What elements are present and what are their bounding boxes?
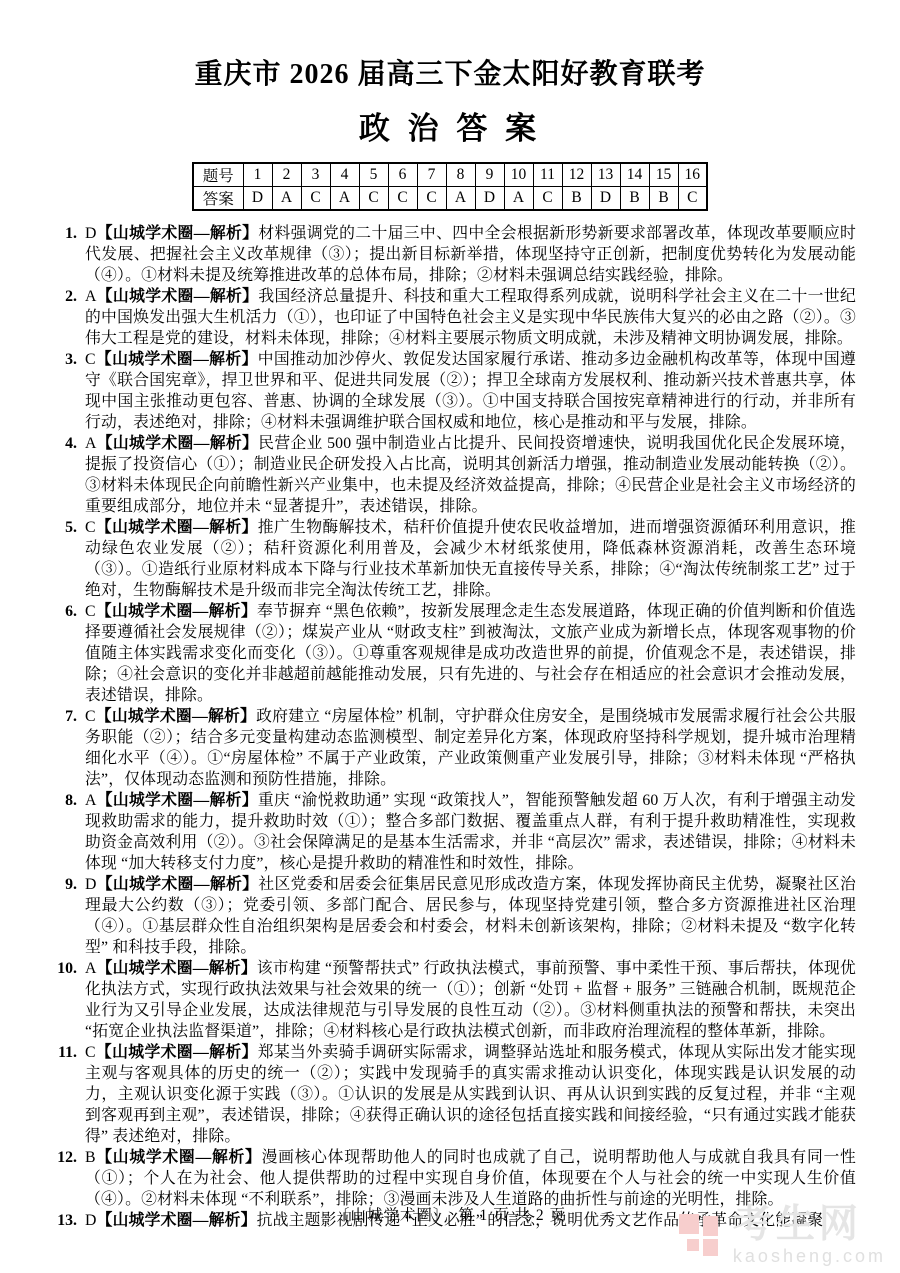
answer-sheet-page: 重庆市 2026 届高三下金太阳好教育联考 政 治 答 案 题号 1 2 3 4… xyxy=(0,0,900,1273)
item-source-tag: 【山城学术圈—解析】 xyxy=(97,288,259,305)
answer-cell: C xyxy=(301,187,330,211)
question-number-cell: 1 xyxy=(243,163,272,187)
explanation-item: 4.A【山城学术圈—解析】民营企业 500 强中制造业占比提升、民间投资增速快，… xyxy=(51,433,856,517)
item-answer: A xyxy=(85,435,97,452)
answer-cell: D xyxy=(591,187,620,211)
question-number-cell: 12 xyxy=(562,163,591,187)
row-label-answers: 答案 xyxy=(193,187,243,211)
answer-cell: C xyxy=(533,187,562,211)
explanation-item: 9.D【山城学术圈—解析】社区党委和居委会征集居民意见形成改造方案，体现发挥协商… xyxy=(51,874,856,958)
question-number-cell: 5 xyxy=(359,163,388,187)
watermark-site-domain: kaosheng.com xyxy=(733,1246,886,1266)
answer-cell: A xyxy=(330,187,359,211)
item-number: 10. xyxy=(51,958,77,979)
explanation-item: 11.C【山城学术圈—解析】郑某当外卖骑手调研实际需求，调整驿站选址和服务模式，… xyxy=(51,1042,856,1147)
answer-cell: B xyxy=(649,187,678,211)
question-number-row: 题号 1 2 3 4 5 6 7 8 9 10 11 12 13 14 15 1… xyxy=(193,163,707,187)
kaosheng-logo-icon xyxy=(679,1208,721,1258)
item-source-tag: 【山城学术圈—解析】 xyxy=(97,435,259,452)
item-source-tag: 【山城学术圈—解析】 xyxy=(97,876,259,893)
answer-cell: B xyxy=(562,187,591,211)
item-source-tag: 【山城学术圈—解析】 xyxy=(96,603,257,620)
explanation-item: 12.B【山城学术圈—解析】漫画核心体现帮助他人的同时也成就了自己，说明帮助他人… xyxy=(51,1147,856,1210)
question-number-cell: 2 xyxy=(272,163,301,187)
logo-block xyxy=(703,1216,718,1236)
question-number-cell: 13 xyxy=(591,163,620,187)
explanation-item: 5.C【山城学术圈—解析】推广生物酶解技术，秸秆价值提升使农民收益增加，进而增强… xyxy=(51,517,856,601)
question-number-cell: 15 xyxy=(649,163,678,187)
item-answer: D xyxy=(85,225,97,242)
item-source-tag: 【山城学术圈—解析】 xyxy=(96,708,256,725)
item-answer: C xyxy=(85,1044,96,1061)
item-number: 4. xyxy=(51,433,77,454)
question-number-cell: 9 xyxy=(475,163,504,187)
item-number: 6. xyxy=(51,601,77,622)
explanation-item: 1.D【山城学术圈—解析】材料强调党的二十届三中、四中全会根据新形势新要求部署改… xyxy=(51,223,856,286)
question-number-cell: 8 xyxy=(446,163,475,187)
kaosheng-watermark: 考生网 kaosheng.com xyxy=(679,1204,886,1266)
question-number-cell: 3 xyxy=(301,163,330,187)
answer-cell: C xyxy=(678,187,707,211)
question-number-cell: 11 xyxy=(533,163,562,187)
question-number-cell: 7 xyxy=(417,163,446,187)
question-number-cell: 14 xyxy=(620,163,649,187)
answer-cell: A xyxy=(504,187,533,211)
item-number: 11. xyxy=(51,1042,77,1063)
watermark-site-name: 考生网 xyxy=(733,1204,886,1246)
explanation-item: 7.C【山城学术圈—解析】政府建立 “房屋体检” 机制，守护群众住房安全，是围绕… xyxy=(51,706,856,790)
item-answer: C xyxy=(85,351,96,368)
explanation-item: 2.A【山城学术圈—解析】我国经济总量提升、科技和重大工程取得系列成就，说明科学… xyxy=(51,286,856,349)
item-answer: A xyxy=(85,960,97,977)
item-answer: A xyxy=(85,792,97,809)
answer-cell: C xyxy=(388,187,417,211)
item-number: 1. xyxy=(51,223,77,244)
question-number-cell: 10 xyxy=(504,163,533,187)
answer-cell: A xyxy=(272,187,301,211)
item-source-tag: 【山城学术圈—解析】 xyxy=(96,1044,258,1061)
question-number-cell: 16 xyxy=(678,163,707,187)
item-number: 8. xyxy=(51,790,77,811)
explanation-item: 10.A【山城学术圈—解析】该市构建 “预警帮扶式” 行政执法模式，事前预警、事… xyxy=(51,958,856,1042)
item-number: 12. xyxy=(51,1147,77,1168)
item-number: 5. xyxy=(51,517,77,538)
answer-cell: C xyxy=(417,187,446,211)
item-answer: A xyxy=(85,288,97,305)
answer-cell: D xyxy=(475,187,504,211)
explanation-item: 6.C【山城学术圈—解析】奉节摒弃 “黑色依赖”，按新发展理念走生态发展道路，体… xyxy=(51,601,856,706)
item-source-tag: 【山城学术圈—解析】 xyxy=(96,351,258,368)
item-answer: B xyxy=(85,1149,96,1166)
logo-block xyxy=(703,1239,718,1256)
page-title: 重庆市 2026 届高三下金太阳好教育联考 xyxy=(0,0,900,92)
question-number-cell: 4 xyxy=(330,163,359,187)
explanation-item: 3.C【山城学术圈—解析】中国推动加沙停火、敦促发达国家履行承诺、推动多边金融机… xyxy=(51,349,856,433)
item-answer: C xyxy=(85,708,96,725)
item-answer: C xyxy=(85,603,96,620)
item-number: 7. xyxy=(51,706,77,727)
item-source-tag: 【山城学术圈—解析】 xyxy=(97,960,257,977)
explanation-item: 8.A【山城学术圈—解析】重庆 “渝悦救助通” 实现 “政策找人”，智能预警触发… xyxy=(51,790,856,874)
subject-title: 政 治 答 案 xyxy=(0,103,900,148)
watermark-text: 考生网 kaosheng.com xyxy=(733,1204,886,1266)
answer-cell: A xyxy=(446,187,475,211)
item-answer: C xyxy=(85,519,96,536)
question-number-cell: 6 xyxy=(388,163,417,187)
answer-cell: D xyxy=(243,187,272,211)
item-source-tag: 【山城学术圈—解析】 xyxy=(96,519,258,536)
answer-row: 答案 D A C A C C C A D A C B D B B C xyxy=(193,187,707,211)
item-source-tag: 【山城学术圈—解析】 xyxy=(96,1149,262,1166)
explanation-list: 1.D【山城学术圈—解析】材料强调党的二十届三中、四中全会根据新形势新要求部署改… xyxy=(51,223,856,1231)
item-answer: D xyxy=(85,876,97,893)
item-number: 9. xyxy=(51,874,77,895)
item-number: 2. xyxy=(51,286,77,307)
row-label-numbers: 题号 xyxy=(193,163,243,187)
item-number: 3. xyxy=(51,349,77,370)
answer-key-table: 题号 1 2 3 4 5 6 7 8 9 10 11 12 13 14 15 1… xyxy=(192,162,708,211)
item-source-tag: 【山城学术圈—解析】 xyxy=(97,225,259,242)
logo-block xyxy=(687,1239,699,1251)
item-source-tag: 【山城学术圈—解析】 xyxy=(97,792,258,809)
answer-cell: B xyxy=(620,187,649,211)
logo-block xyxy=(679,1214,699,1234)
answer-cell: C xyxy=(359,187,388,211)
